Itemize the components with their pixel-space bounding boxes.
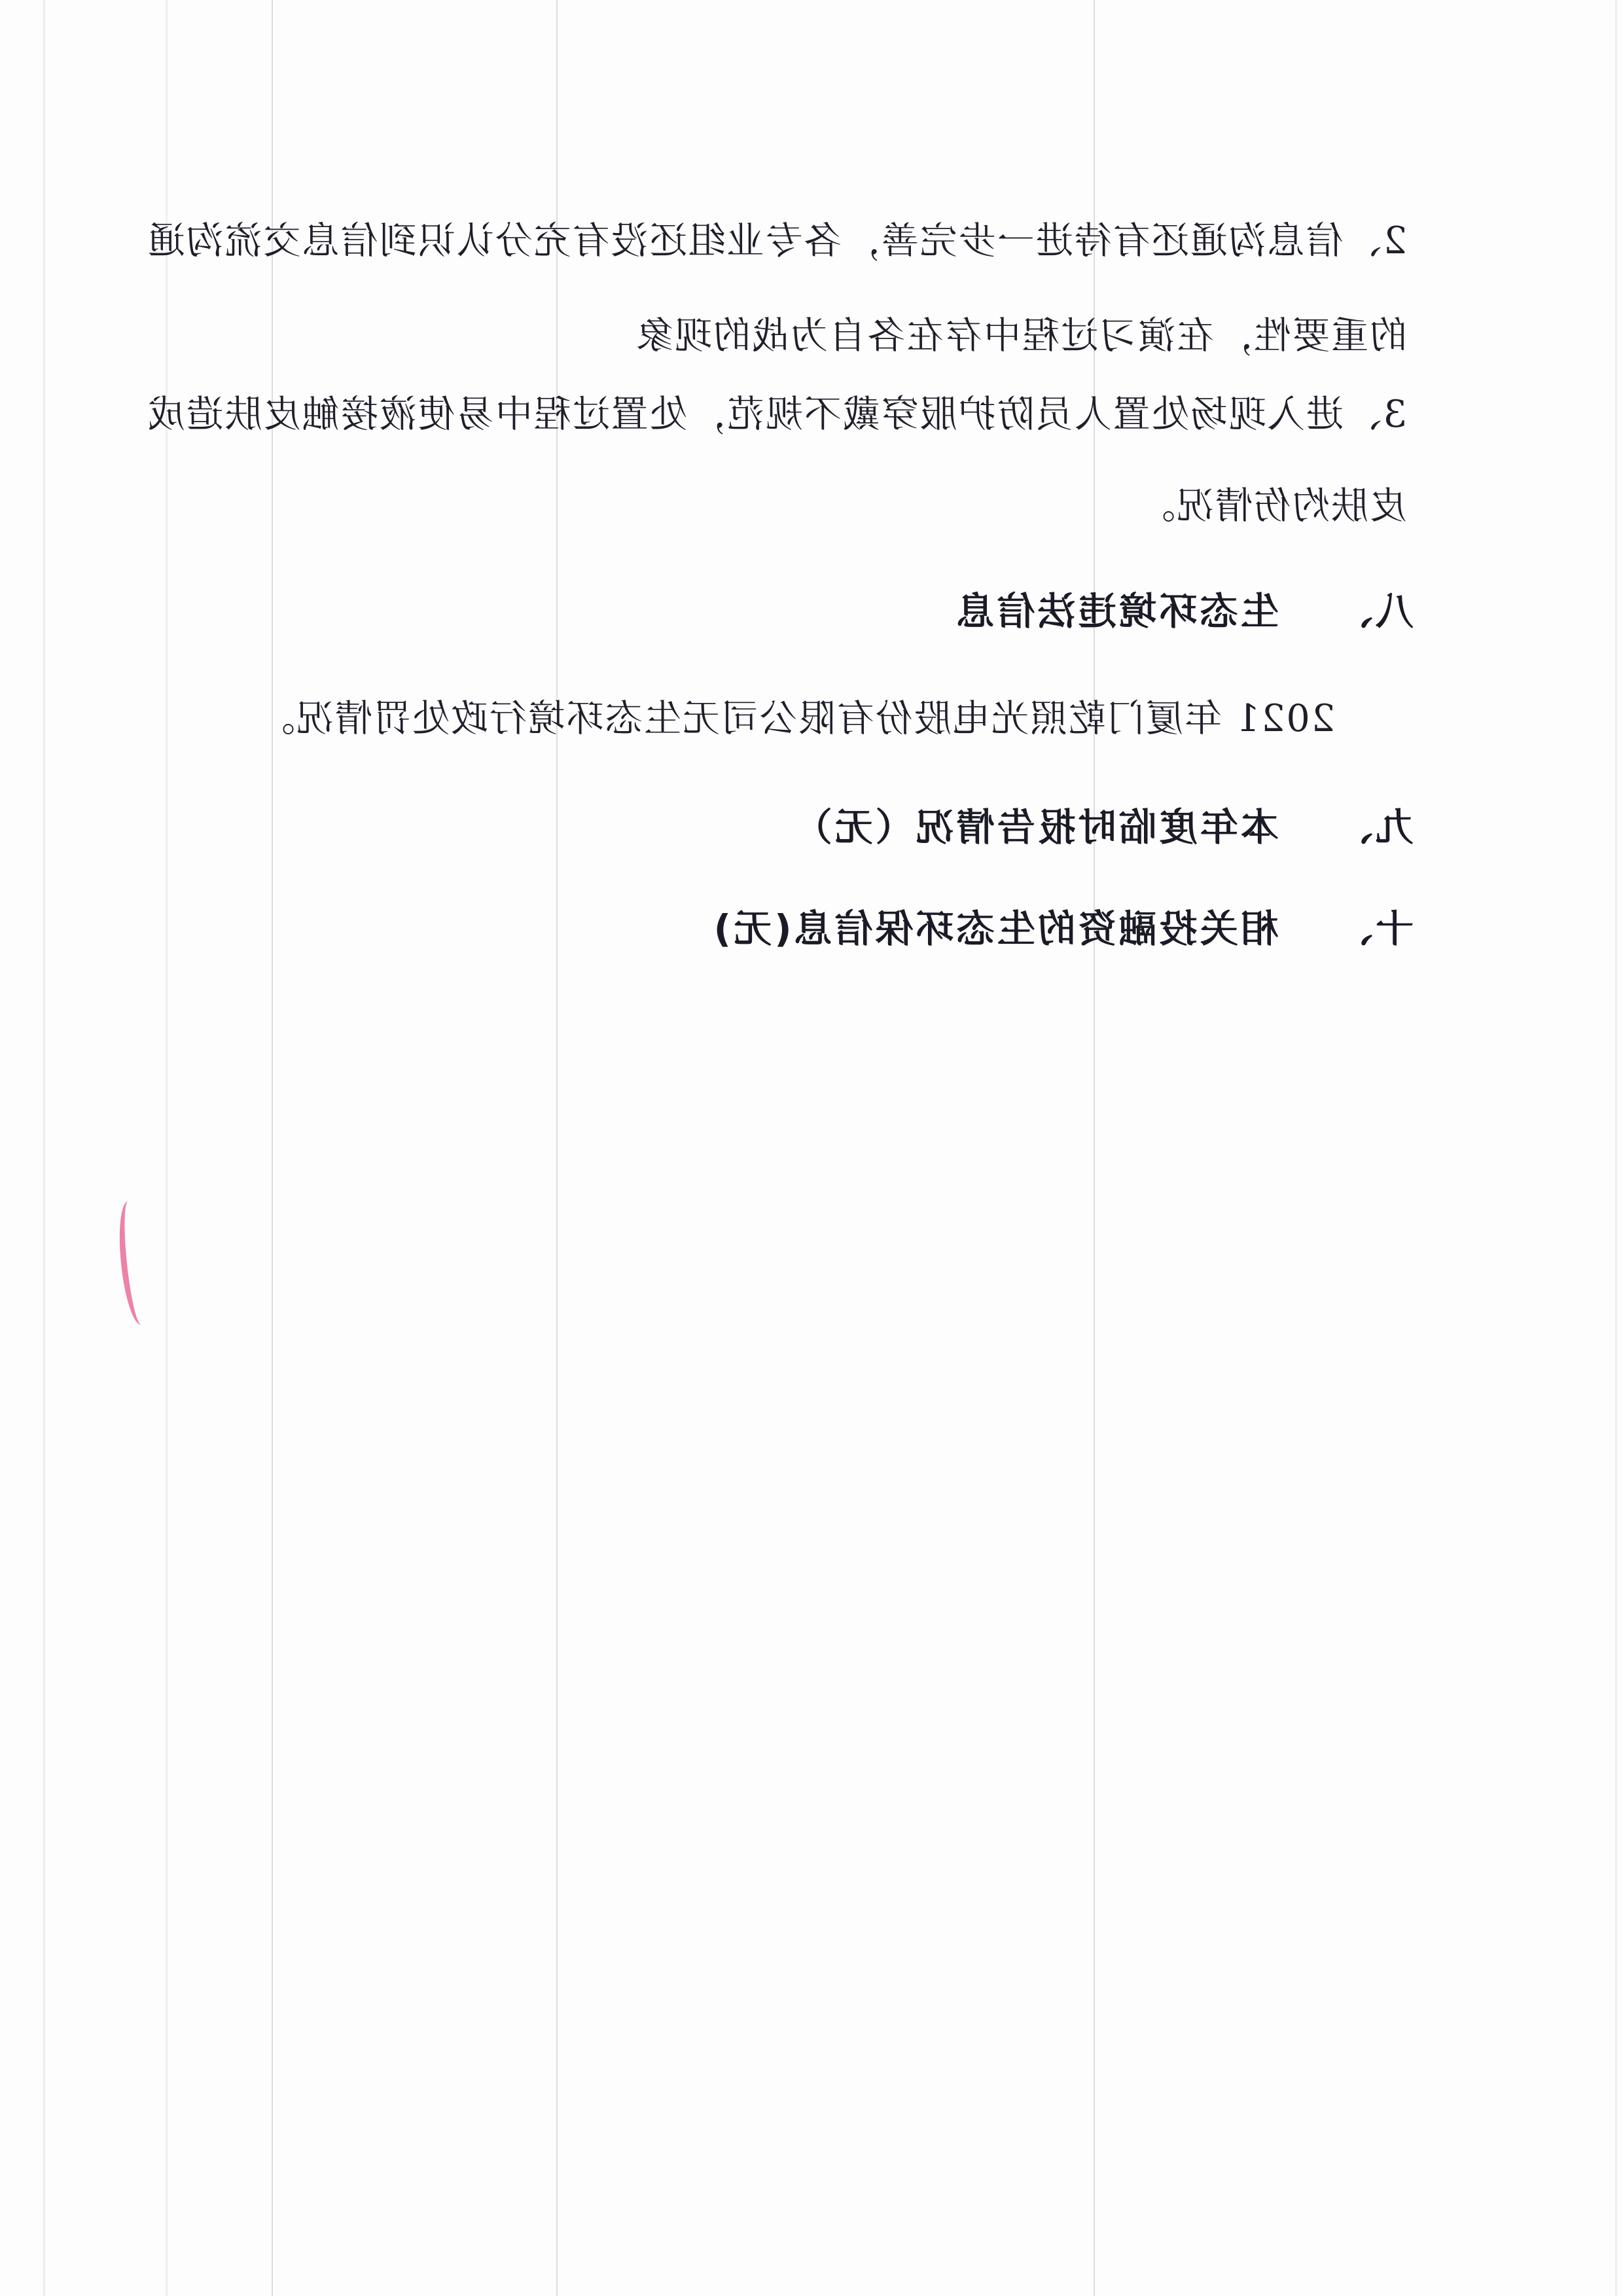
paragraph-item-2-line-1: 2、信息沟通还有待进一步完善，各专业组还没有充分认识到信息交流沟通 (147, 223, 1407, 260)
section-9-heading: 九、 本年度临时报告情况（无） (792, 808, 1414, 846)
section-8-number: 八、 (1332, 589, 1414, 634)
section-9-number: 九、 (1332, 805, 1414, 850)
section-8-heading: 八、 生态环境违法信息 (954, 592, 1414, 630)
section-8-title: 生态环境违法信息 (954, 589, 1279, 634)
section-10-number: 十、 (1332, 906, 1414, 951)
paragraph-item-3-line-1: 3、进入现场处置人员防护服穿戴不规范，处置过程中易使液接触皮肤造成 (147, 396, 1407, 433)
section-9-title: 本年度临时报告情况（无） (792, 805, 1279, 850)
paragraph-item-2-line-2: 的重要性，在演习过程中存在各自为战的现象 (635, 317, 1407, 355)
paragraph-item-3-line-2: 皮肤灼伤情况。 (1137, 488, 1407, 525)
section-8-body: 2021 年厦门乾照光电股份有限公司无生态环境行政处罚情况。 (257, 700, 1335, 738)
section-10-title: 相关投融资的生态环保信息(无) (711, 906, 1279, 951)
section-10-heading: 十、 相关投融资的生态环保信息(无) (711, 910, 1414, 948)
mirrored-document-page: 2、信息沟通还有待进一步完善，各专业组还没有充分认识到信息交流沟通 的重要性，在… (0, 0, 1623, 2296)
